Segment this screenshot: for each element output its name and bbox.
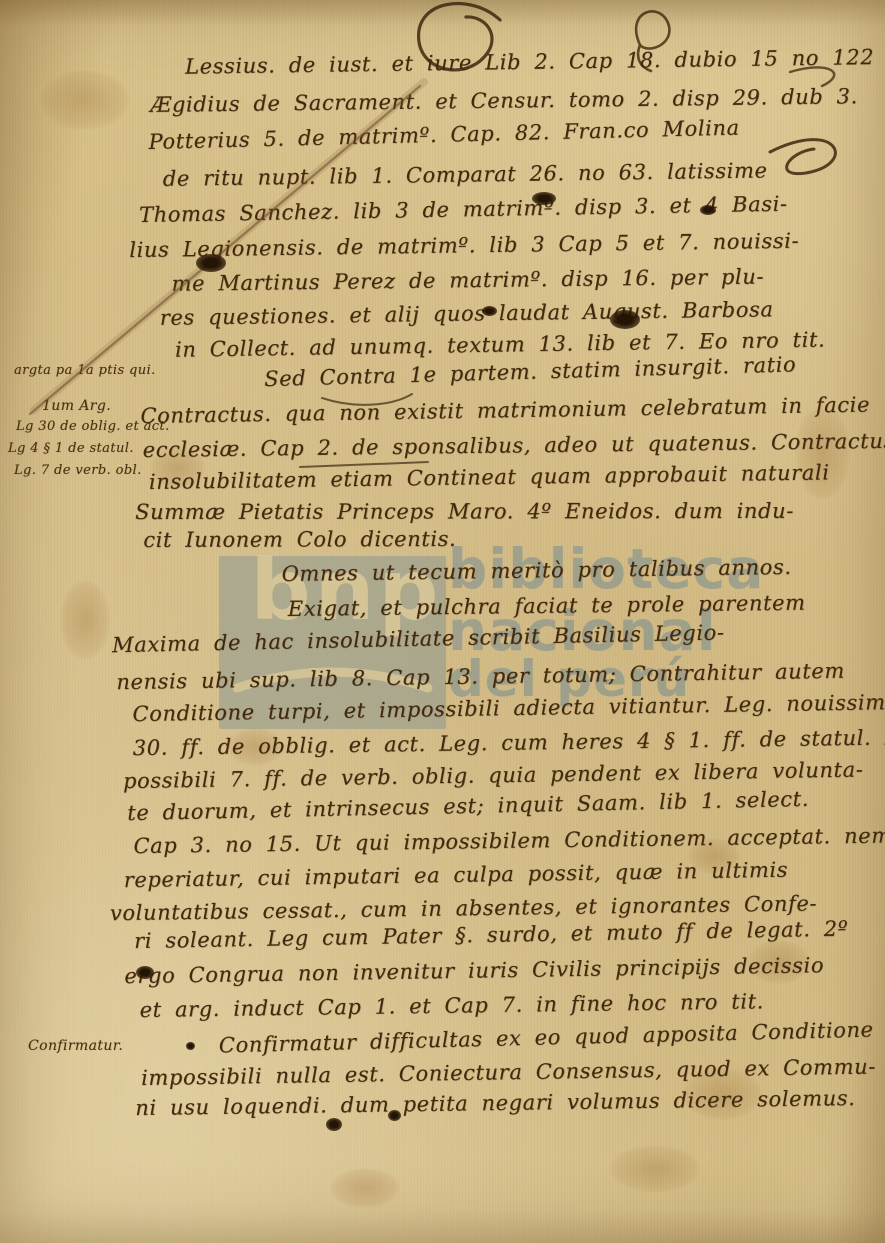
ink-blot [532,192,556,205]
ink-blot [482,306,497,316]
paragraph-bullet-dot [186,1042,195,1050]
ink-blot [196,254,226,272]
margin-note: Lg. 7 de verb. obl. [14,463,142,479]
margin-note: Lg 4 § 1 de statul. [8,441,134,457]
margin-note: argta pa 1a ptis qui. [14,363,156,379]
ink-blot [700,205,716,215]
ink-blot [388,1110,401,1121]
margin-note: Lg 30 de oblig. et act. [16,419,170,435]
margin-note: Confirmatur. [28,1038,123,1055]
manuscript-page: bnp bibliotecanacionaldel perú Lessius. … [0,0,885,1243]
ink-blot [326,1118,342,1131]
margin-note: 1um Arg. [42,398,111,415]
ink-blot [610,310,640,329]
margin-notes: argta pa 1a ptis qui.1um Arg.Lg 30 de ob… [0,0,885,1243]
ink-blot [136,966,154,979]
